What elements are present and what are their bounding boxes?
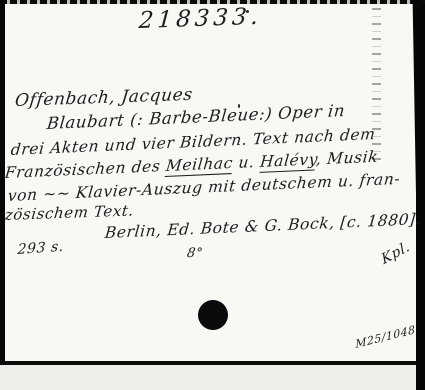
scan-edge-left [0,0,5,364]
librettist-name-meilhac: Meilhac [165,154,234,177]
catalog-number: 218333. [138,4,263,34]
scan-edge-top [0,0,425,4]
scan-area-below-card [0,365,416,390]
scanned-catalog-card: 218333. Offenbach, Jacques Blaubart (: B… [0,0,425,390]
format-statement: 8° [186,246,204,261]
body-line-3-post: , Musik [315,148,379,169]
librettist-name-halevy: Halévy [259,150,317,173]
body-line-3-mid: u. [232,153,261,172]
punch-hole [198,300,228,330]
extent-pages: 293 s. [17,239,64,258]
